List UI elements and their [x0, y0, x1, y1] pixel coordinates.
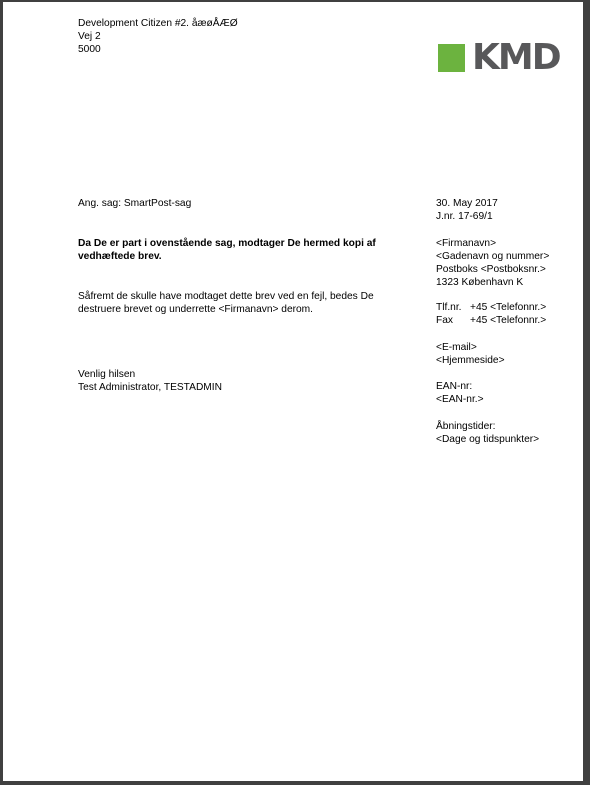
- notice-paragraph: Såfremt de skulle have modtaget dette br…: [78, 290, 418, 316]
- fax-value: +45 <Telefonnr.>: [470, 315, 546, 326]
- email: <E-mail>: [436, 341, 505, 354]
- contact-numbers: Tlf.nr.+45 <Telefonnr.> Fax+45 <Telefonn…: [436, 301, 546, 327]
- ean-value: <EAN-nr.>: [436, 393, 484, 406]
- phone-row: Tlf.nr.+45 <Telefonnr.>: [436, 301, 546, 314]
- logo-text: KMD: [472, 38, 560, 78]
- sender-city: 1323 København K: [436, 276, 549, 289]
- kmd-logo: KMD: [438, 44, 563, 74]
- fax-row: Fax+45 <Telefonnr.>: [436, 314, 546, 327]
- hours-label: Åbningstider:: [436, 420, 539, 433]
- signature: Test Administrator, TESTADMIN: [78, 381, 222, 394]
- ean-label: EAN-nr:: [436, 380, 484, 393]
- phone-label: Tlf.nr.: [436, 301, 470, 314]
- intro-paragraph: Da De er part i ovenstående sag, modtage…: [78, 237, 418, 263]
- sender-street: <Gadenavn og nummer>: [436, 250, 549, 263]
- sender-pobox: Postboks <Postboksnr.>: [436, 263, 549, 276]
- sender-company: <Firmanavn>: [436, 237, 549, 250]
- journal-number: J.nr. 17-69/1: [436, 210, 498, 223]
- greeting: Venlig hilsen: [78, 368, 222, 381]
- date-block: 30. May 2017 J.nr. 17-69/1: [436, 197, 498, 223]
- logo-square-icon: [438, 44, 465, 72]
- fax-label: Fax: [436, 314, 470, 327]
- hours-value: <Dage og tidspunkter>: [436, 433, 539, 446]
- opening-hours: Åbningstider: <Dage og tidspunkter>: [436, 420, 539, 446]
- document-page: Development Citizen #2. åæøÅÆØ Vej 2 500…: [3, 2, 583, 781]
- subject-line: Ang. sag: SmartPost-sag: [78, 197, 191, 210]
- recipient-address: Development Citizen #2. åæøÅÆØ Vej 2 500…: [78, 17, 238, 56]
- ean-block: EAN-nr: <EAN-nr.>: [436, 380, 484, 406]
- sender-address: <Firmanavn> <Gadenavn og nummer> Postbok…: [436, 237, 549, 289]
- letter-date: 30. May 2017: [436, 197, 498, 210]
- phone-value: +45 <Telefonnr.>: [470, 302, 546, 313]
- recipient-street: Vej 2: [78, 30, 238, 43]
- closing: Venlig hilsen Test Administrator, TESTAD…: [78, 368, 222, 394]
- online-contact: <E-mail> <Hjemmeside>: [436, 341, 505, 367]
- recipient-name: Development Citizen #2. åæøÅÆØ: [78, 17, 238, 30]
- website: <Hjemmeside>: [436, 354, 505, 367]
- recipient-postal: 5000: [78, 43, 238, 56]
